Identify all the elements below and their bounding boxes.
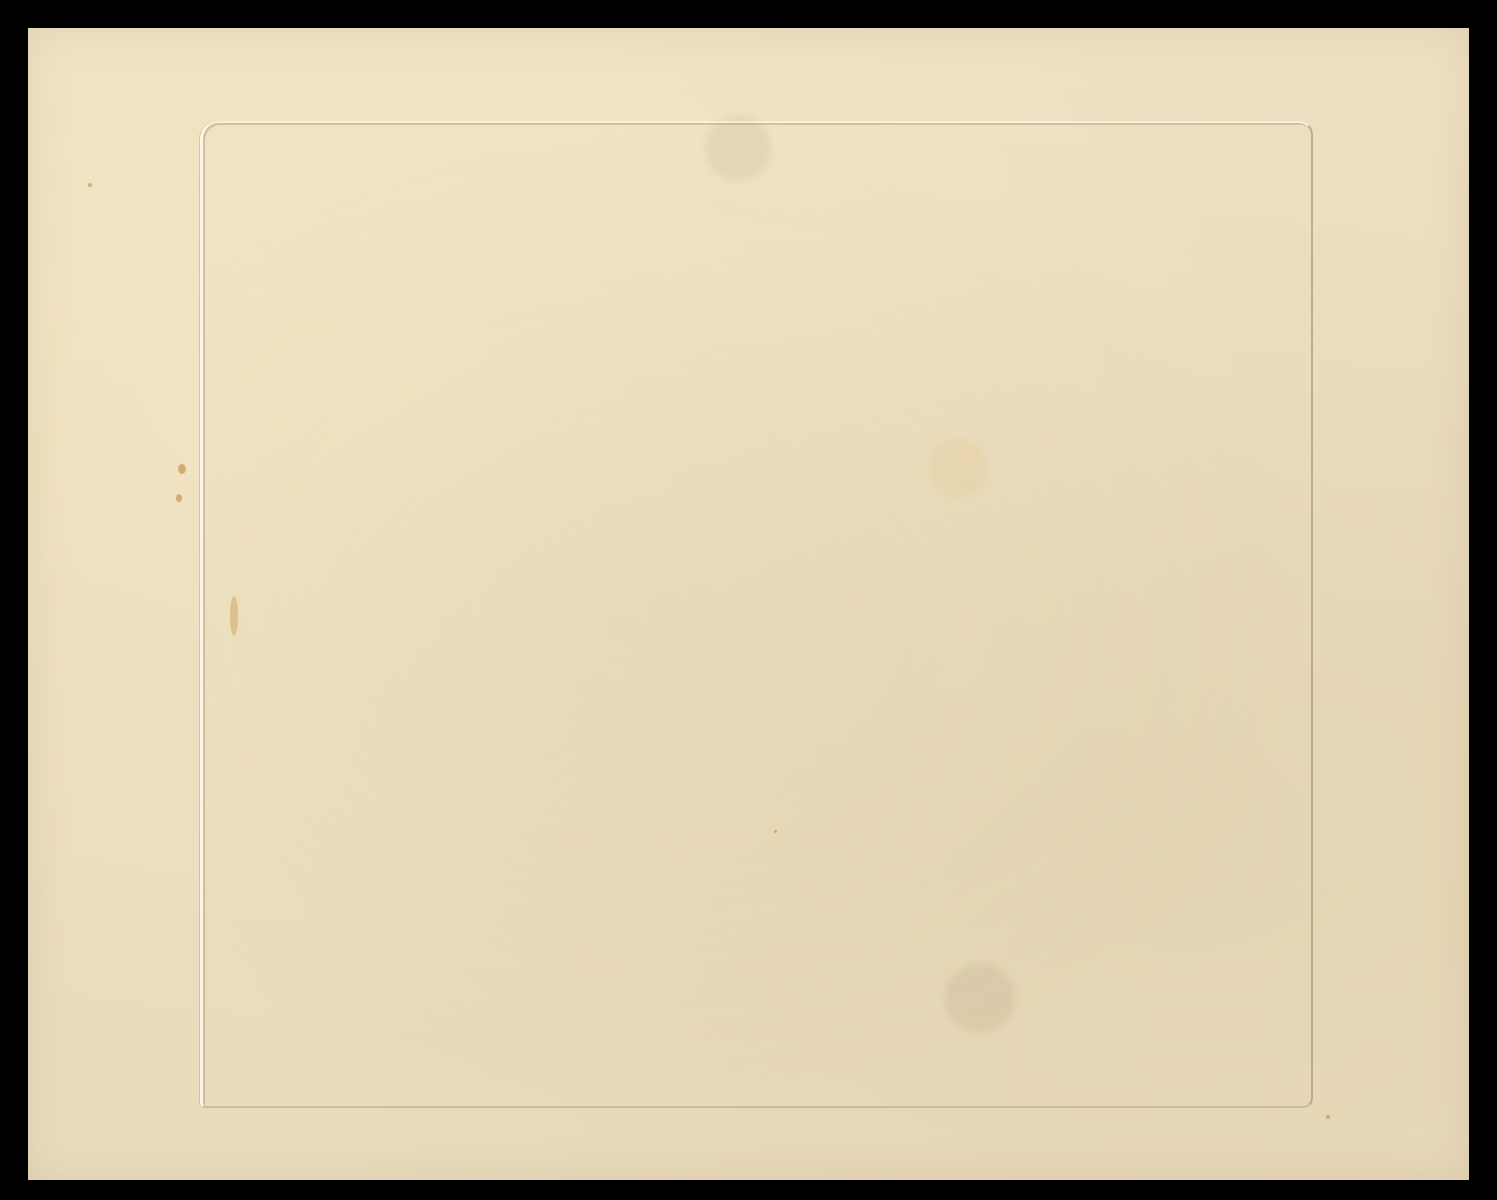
foxing-spot — [774, 830, 777, 833]
foxing-spot — [230, 596, 238, 636]
plate-mark — [200, 121, 1313, 1108]
foxing-spot — [88, 183, 92, 187]
foxing-spot — [1326, 1115, 1330, 1119]
paper-sheet — [28, 28, 1469, 1180]
foxing-spot — [176, 494, 182, 502]
foxing-spot — [178, 464, 186, 474]
